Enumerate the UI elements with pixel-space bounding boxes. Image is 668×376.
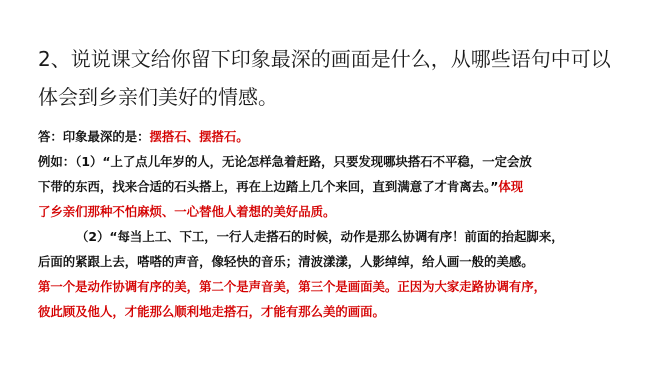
answer-end: 。 — [236, 129, 248, 144]
slide: 2、说说课文给你留下印象最深的画面是什么，从哪些语句中可以 体会到乡亲们美好的情… — [0, 0, 668, 376]
answer-label: 答：印象最深的是： — [38, 129, 150, 144]
answer-block: 答：印象最深的是：摆搭石、摆搭石。 例如：（1）“上了点儿年岁的人，无论怎样急着… — [38, 124, 638, 324]
example-2-line-3: 第一个是动作协调有序的美，第二个是声音美，第三个是画面美。正因为大家走路协调有序… — [38, 274, 638, 299]
example-1-line-1: 例如：（1）“上了点儿年岁的人，无论怎样急着赶路，只要发现哪块搭石不平稳，一定会… — [38, 149, 638, 174]
example-1-quote-end: 下带的东西，找来合适的石头搭上，再在上边踏上几个来回，直到满意了才肯离去。” — [38, 179, 498, 194]
question-heading: 2、说说课文给你留下印象最深的画面是什么，从哪些语句中可以 体会到乡亲们美好的情… — [38, 40, 648, 116]
question-line-1: 2、说说课文给你留下印象最深的画面是什么，从哪些语句中可以 — [38, 40, 648, 78]
answer-line: 答：印象最深的是：摆搭石、摆搭石。 — [38, 124, 638, 149]
answer-highlight: 摆搭石、摆搭石 — [150, 129, 237, 144]
example-1-comment-start: 体现 — [498, 179, 523, 194]
example-2-line-1: （2）“每当上工、下工，一行人走搭石的时候，动作是那么协调有序！前面的抬起脚来， — [38, 224, 638, 249]
example-2-line-4: 彼此顾及他人，才能那么顺利地走搭石，才能有那么美的画面。 — [38, 299, 638, 324]
question-line-2: 体会到乡亲们美好的情感。 — [38, 78, 648, 116]
example-2-line-2: 后面的紧跟上去，嗒嗒的声音，像轻快的音乐；清波漾漾，人影绰绰，给人画一般的美感。 — [38, 249, 638, 274]
example-1-line-2: 下带的东西，找来合适的石头搭上，再在上边踏上几个来回，直到满意了才肯离去。”体现 — [38, 174, 638, 199]
example-1-line-3: 了乡亲们那种不怕麻烦、一心替他人着想的美好品质。 — [38, 199, 638, 224]
